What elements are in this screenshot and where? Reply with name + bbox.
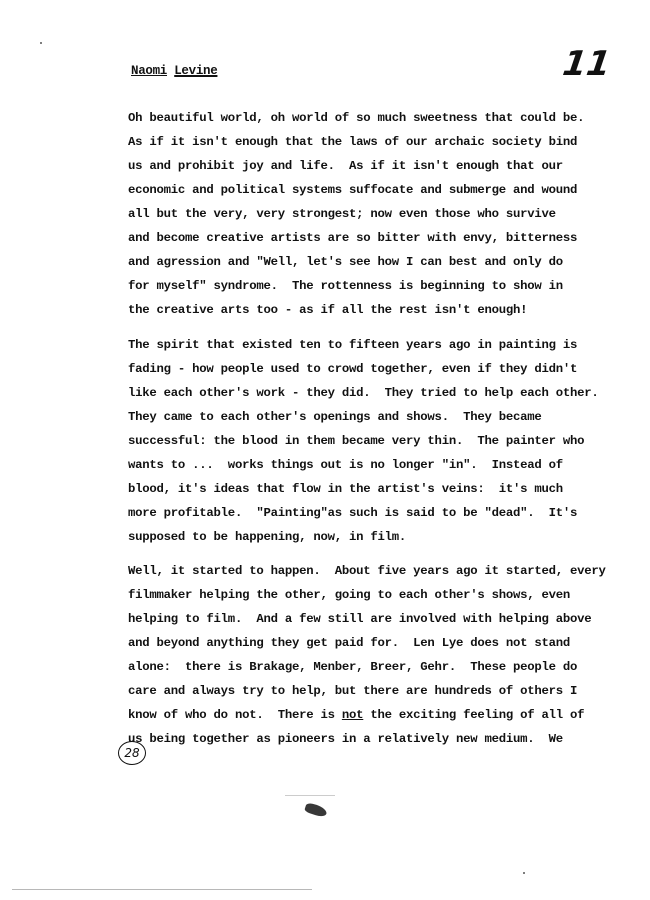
author-first-name: Naomi	[131, 64, 167, 78]
text-line: more profitable. "Painting"as such is sa…	[128, 501, 618, 525]
line-end: the exciting feeling of all of	[363, 708, 584, 722]
scan-speck	[40, 42, 42, 44]
text-line: helping to film. And a few still are inv…	[128, 607, 618, 631]
underlined-word: not	[342, 708, 363, 722]
text-line: alone: there is Brakage, Menber, Breer, …	[128, 655, 618, 679]
text-line: Oh beautiful world, oh world of so much …	[128, 106, 618, 130]
text-line: and beyond anything they get paid for. L…	[128, 631, 618, 655]
author-heading: Naomi Levine	[131, 64, 217, 78]
text-line: us being together as pioneers in a relat…	[128, 727, 618, 751]
text-line: wants to ... works things out is no long…	[128, 453, 618, 477]
text-line: like each other's work - they did. They …	[128, 381, 618, 405]
circled-annotation: 28	[118, 741, 146, 765]
scan-speck	[523, 872, 525, 874]
text-line: and become creative artists are so bitte…	[128, 226, 618, 250]
text-line: for myself" syndrome. The rottenness is …	[128, 274, 618, 298]
text-line: filmmaker helping the other, going to ea…	[128, 583, 618, 607]
text-line: fading - how people used to crowd togeth…	[128, 357, 618, 381]
paragraph-3: Well, it started to happen. About five y…	[128, 559, 618, 751]
line-start: know of who do not. There is	[128, 708, 342, 722]
text-line: Well, it started to happen. About five y…	[128, 559, 618, 583]
document-page: Naomi Levine 11 Oh beautiful world, oh w…	[0, 0, 650, 900]
text-line: the creative arts too - as if all the re…	[128, 298, 618, 322]
text-line: and agression and "Well, let's see how I…	[128, 250, 618, 274]
text-line: all but the very, very strongest; now ev…	[128, 202, 618, 226]
scan-artifact-line	[285, 795, 335, 796]
text-line: The spirit that existed ten to fifteen y…	[128, 333, 618, 357]
text-line: supposed to be happening, now, in film.	[128, 525, 618, 549]
text-line: blood, it's ideas that flow in the artis…	[128, 477, 618, 501]
text-line: care and always try to help, but there a…	[128, 679, 618, 703]
text-line: us and prohibit joy and life. As if it i…	[128, 154, 618, 178]
author-last-name: Levine	[174, 64, 217, 78]
paragraph-1: Oh beautiful world, oh world of so much …	[128, 106, 618, 322]
handwritten-page-number: 11	[560, 44, 613, 84]
text-line: They came to each other's openings and s…	[128, 405, 618, 429]
text-line-with-underline: know of who do not. There is not the exc…	[128, 703, 618, 727]
paragraph-2: The spirit that existed ten to fifteen y…	[128, 333, 618, 549]
scan-edge-rule	[12, 889, 312, 890]
text-line: As if it isn't enough that the laws of o…	[128, 130, 618, 154]
text-line: successful: the blood in them became ver…	[128, 429, 618, 453]
ink-smudge-mark	[304, 802, 328, 818]
text-line: economic and political systems suffocate…	[128, 178, 618, 202]
